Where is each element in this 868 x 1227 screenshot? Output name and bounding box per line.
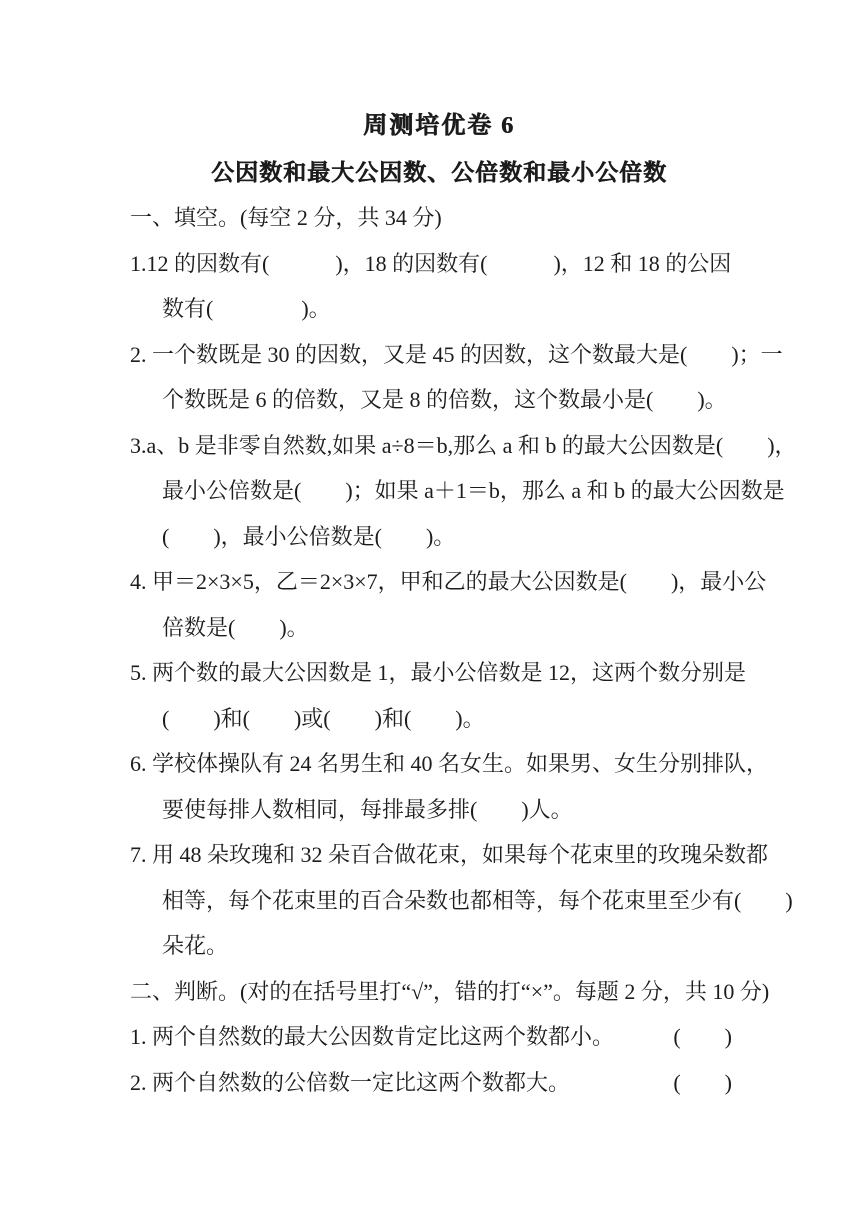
judgment-1-text: 1. 两个自然数的最大公因数肯定比这两个数都小。	[130, 1014, 614, 1060]
paper-subtitle: 公因数和最大公因数、公倍数和最小公倍数	[130, 150, 748, 196]
paper-title: 周测培优卷 6	[130, 104, 748, 150]
question-7-line-1: 7. 用 48 朵玫瑰和 32 朵百合做花束，如果每个花束里的玫瑰朵数都	[130, 832, 748, 878]
judgment-2-text: 2. 两个自然数的公倍数一定比这两个数都大。	[130, 1060, 570, 1106]
question-3-line-1: 3.a、b 是非零自然数,如果 a÷8＝b,那么 a 和 b 的最大公因数是( …	[130, 423, 748, 469]
fill-in-question-1: 1.12 的因数有( )，18 的因数有( )，12 和 18 的公因 数有( …	[130, 241, 748, 332]
worksheet-page: 周测培优卷 6 公因数和最大公因数、公倍数和最小公倍数 一、填空。(每空 2 分…	[0, 0, 868, 1227]
question-3-line-2: 最小公倍数是( )；如果 a＋1＝b，那么 a 和 b 的最大公因数是	[162, 468, 748, 514]
question-7-line-2: 相等，每个花束里的百合朵数也都相等，每个花束里至少有( )	[162, 878, 748, 924]
question-1-line-1: 1.12 的因数有( )，18 的因数有( )，12 和 18 的公因	[130, 241, 748, 287]
question-4-line-1: 4. 甲＝2×3×5，乙＝2×3×7，甲和乙的最大公因数是( )，最小公	[130, 559, 748, 605]
section1-heading: 一、填空。(每空 2 分，共 34 分)	[130, 195, 748, 241]
fill-in-question-7: 7. 用 48 朵玫瑰和 32 朵百合做花束，如果每个花束里的玫瑰朵数都 相等，…	[130, 832, 748, 969]
section2-heading: 二、判断。(对的在括号里打“√”，错的打“×”。每题 2 分，共 10 分)	[130, 969, 748, 1015]
judgment-1-answer-bracket: ( )	[673, 1014, 732, 1060]
judgment-2-answer-bracket: ( )	[673, 1060, 732, 1106]
question-2-line-1: 2. 一个数既是 30 的因数，又是 45 的因数，这个数最大是( )；一	[130, 332, 748, 378]
judgment-question-2: 2. 两个自然数的公倍数一定比这两个数都大。 ( )	[130, 1060, 748, 1106]
fill-in-question-3: 3.a、b 是非零自然数,如果 a÷8＝b,那么 a 和 b 的最大公因数是( …	[130, 423, 748, 560]
question-4-line-2: 倍数是( )。	[162, 605, 748, 651]
question-5-line-1: 5. 两个数的最大公因数是 1，最小公倍数是 12，这两个数分别是	[130, 650, 748, 696]
fill-in-question-6: 6. 学校体操队有 24 名男生和 40 名女生。如果男、女生分别排队， 要使每…	[130, 741, 748, 832]
fill-in-question-5: 5. 两个数的最大公因数是 1，最小公倍数是 12，这两个数分别是 ( )和( …	[130, 650, 748, 741]
fill-in-question-4: 4. 甲＝2×3×5，乙＝2×3×7，甲和乙的最大公因数是( )，最小公 倍数是…	[130, 559, 748, 650]
question-2-line-2: 个数既是 6 的倍数，又是 8 的倍数，这个数最小是( )。	[162, 377, 748, 423]
fill-in-question-2: 2. 一个数既是 30 的因数，又是 45 的因数，这个数最大是( )；一 个数…	[130, 332, 748, 423]
question-6-line-2: 要使每排人数相同，每排最多排( )人。	[162, 787, 748, 833]
question-1-line-2: 数有( )。	[162, 286, 748, 332]
question-3-line-3: ( )，最小公倍数是( )。	[162, 514, 748, 560]
question-7-line-3: 朵花。	[162, 923, 748, 969]
judgment-question-1: 1. 两个自然数的最大公因数肯定比这两个数都小。 ( )	[130, 1014, 748, 1060]
question-5-line-2: ( )和( )或( )和( )。	[162, 696, 748, 742]
question-6-line-1: 6. 学校体操队有 24 名男生和 40 名女生。如果男、女生分别排队，	[130, 741, 748, 787]
